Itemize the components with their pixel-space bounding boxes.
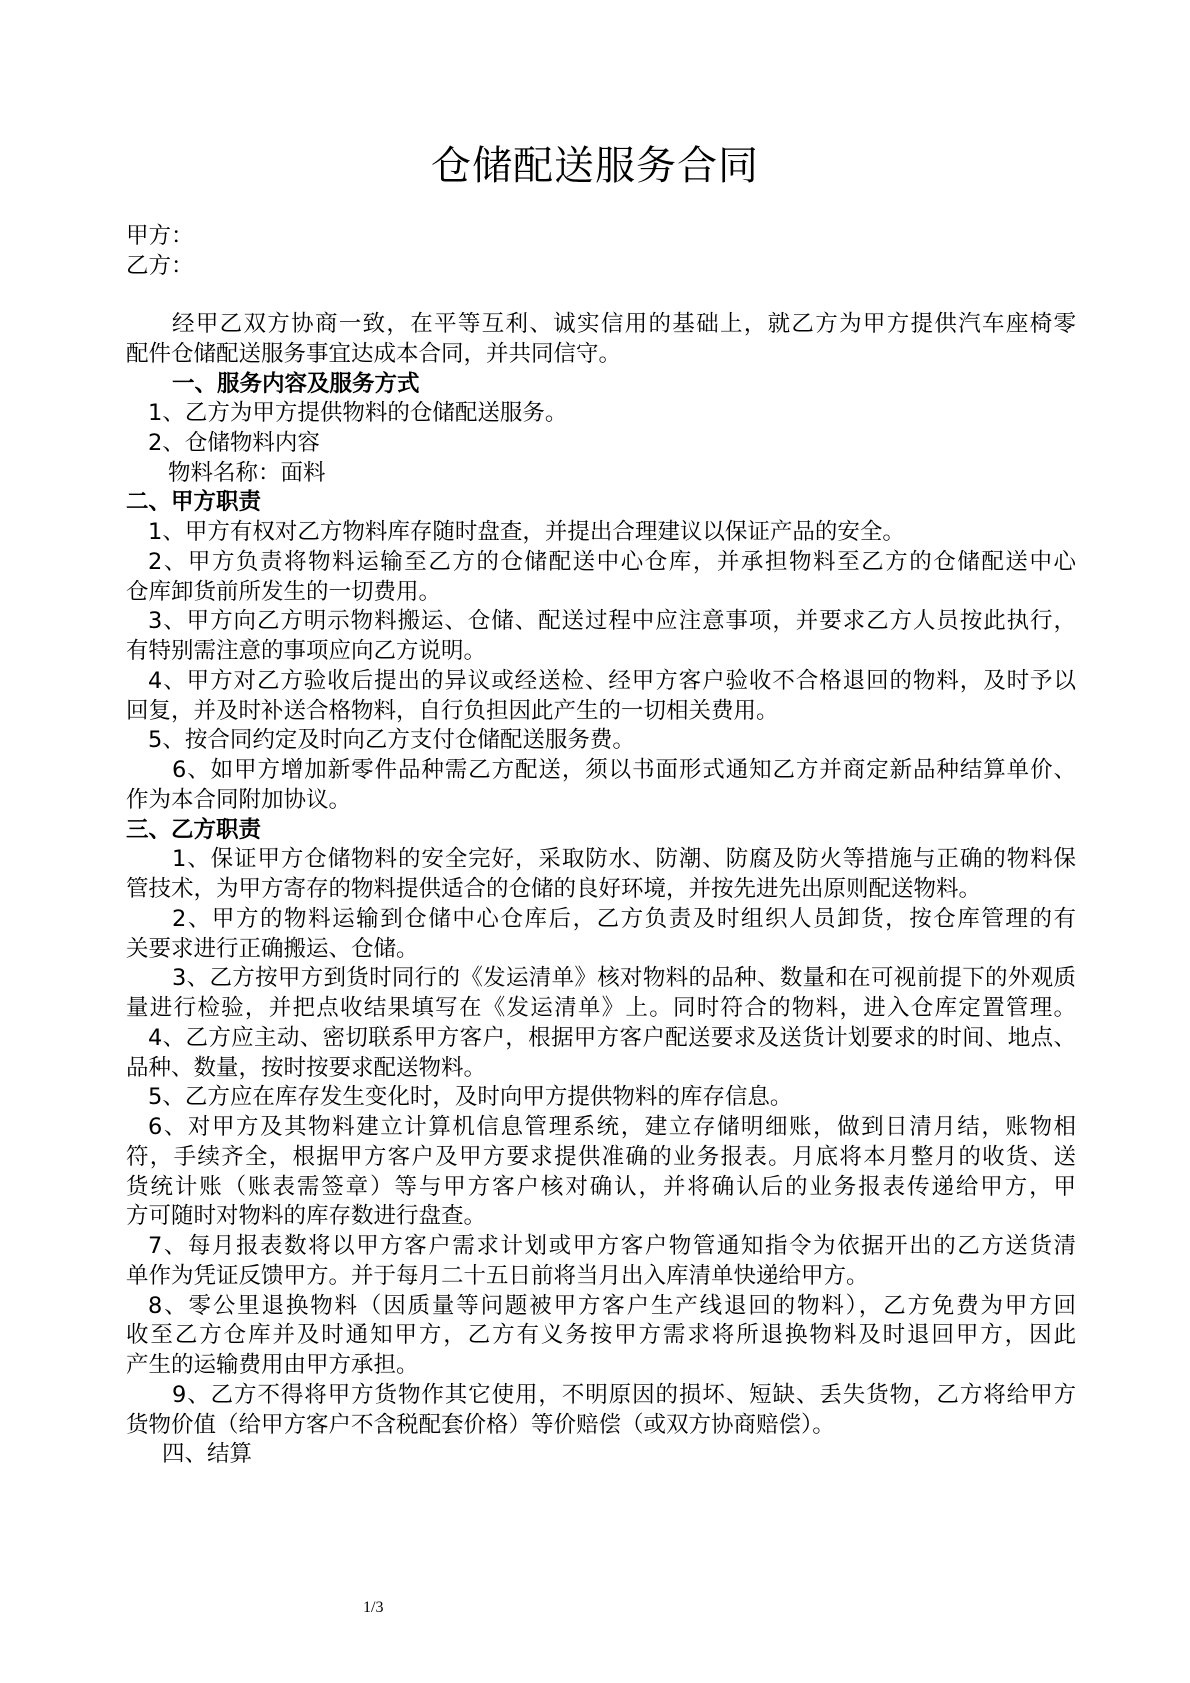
section3-line: 品种、数量，按时按要求配送物料。: [126, 1053, 486, 1083]
section3-line: 收至乙方仓库并及时通知甲方，乙方有义务按甲方需求将所退换物料及时退回甲方，因此: [126, 1320, 1076, 1350]
section3-line: 9、乙方不得将甲方货物作其它使用，不明原因的损坏、短缺、丢失货物，乙方将给甲方: [172, 1380, 1076, 1410]
section2-heading: 二、甲方职责: [126, 487, 261, 517]
section3-line: 4、乙方应主动、密切联系甲方客户，根据甲方客户配送要求及送货计划要求的时间、地点…: [148, 1023, 1076, 1053]
section3-line: 7、每月报表数将以甲方客户需求计划或甲方客户物管通知指令为依据开出的乙方送货清: [148, 1231, 1076, 1261]
section3-heading: 三、乙方职责: [126, 815, 261, 845]
section2-line: 3、甲方向乙方明示物料搬运、仓储、配送过程中应注意事项，并要求乙方人员按此执行，: [148, 606, 1076, 636]
section2-line: 2、甲方负责将物料运输至乙方的仓储配送中心仓库，并承担物料至乙方的仓储配送中心: [148, 547, 1076, 577]
section3-line: 货统计账（账表需签章）等与甲方客户核对确认，并将确认后的业务报表传递给甲方，甲: [126, 1172, 1076, 1202]
section3-line: 1、保证甲方仓储物料的安全完好，采取防水、防潮、防腐及防火等措施与正确的物料保: [172, 844, 1076, 874]
section3-line: 关要求进行正确搬运、仓储。: [126, 934, 419, 964]
section3-line: 方可随时对物料的库存数进行盘查。: [126, 1201, 486, 1231]
section2-line: 6、如甲方增加新零件品种需乙方配送，须以书面形式通知乙方并商定新品种结算单价、: [172, 755, 1076, 785]
section2-line: 有特别需注意的事项应向乙方说明。: [126, 636, 486, 666]
section3-line: 单作为凭证反馈甲方。并于每月二十五日前将当月出入库清单快递给甲方。: [126, 1261, 869, 1291]
section2-line: 仓库卸货前所发生的一切费用。: [126, 577, 441, 607]
section3-line: 管技术，为甲方寄存的物料提供适合的仓储的良好环境，并按先进先出原则配送物料。: [126, 874, 981, 904]
section1-material-name: 物料名称：面料: [168, 458, 326, 488]
party-a-label: 甲方：: [126, 221, 194, 251]
section3-line: 产生的运输费用由甲方承担。: [126, 1350, 419, 1380]
section4-heading: 四、结算: [162, 1439, 252, 1469]
section2-line: 4、甲方对乙方验收后提出的异议或经送检、经甲方客户验收不合格退回的物料，及时予以: [148, 666, 1076, 696]
page-number: 1/3: [363, 1598, 383, 1618]
section2-line: 作为本合同附加协议。: [126, 785, 351, 815]
section3-line: 货物价值（给甲方客户不含税配套价格）等价赔偿（或双方协商赔偿）。: [126, 1410, 835, 1440]
section2-line: 回复，并及时补送合格物料，自行负担因此产生的一切相关费用。: [126, 696, 779, 726]
party-b-label: 乙方：: [126, 251, 194, 281]
section3-line: 2、甲方的物料运输到仓储中心仓库后，乙方负责及时组织人员卸货，按仓库管理的有: [172, 904, 1076, 934]
preamble-line-1: 经甲乙双方协商一致，在平等互利、诚实信用的基础上，就乙方为甲方提供汽车座椅零: [172, 309, 1076, 339]
section1-heading: 一、服务内容及服务方式: [172, 369, 420, 399]
section3-line: 3、乙方按甲方到货时同行的《发运清单》核对物料的品种、数量和在可视前提下的外观质: [172, 963, 1076, 993]
section3-line: 量进行检验，并把点收结果填写在《发运清单》上。同时符合的物料，进入仓库定置管理。: [126, 993, 1076, 1023]
section3-line: 符，手续齐全，根据甲方客户及甲方要求提供准确的业务报表。月底将本月整月的收货、送: [126, 1142, 1076, 1172]
section2-line: 1、甲方有权对乙方物料库存随时盘查，并提出合理建议以保证产品的安全。: [148, 517, 905, 547]
document-page: 仓储配送服务合同 甲方： 乙方： 经甲乙双方协商一致，在平等互利、诚实信用的基础…: [0, 0, 1190, 1683]
document-title: 仓储配送服务合同: [0, 138, 1190, 194]
section3-line: 8、零公里退换物料（因质量等问题被甲方客户生产线退回的物料），乙方免费为甲方回: [148, 1291, 1076, 1321]
section1-item-1: 1、乙方为甲方提供物料的仓储配送服务。: [148, 398, 567, 428]
section2-line: 5、按合同约定及时向乙方支付仓储配送服务费。: [148, 725, 635, 755]
section3-line: 6、对甲方及其物料建立计算机信息管理系统，建立存储明细账，做到日清月结，账物相: [148, 1112, 1076, 1142]
section3-line: 5、乙方应在库存发生变化时，及时向甲方提供物料的库存信息。: [148, 1082, 792, 1112]
section1-item-2: 2、仓储物料内容: [148, 428, 320, 458]
preamble-line-2: 配件仓储配送服务事宜达成本合同，并共同信守。: [126, 339, 621, 369]
